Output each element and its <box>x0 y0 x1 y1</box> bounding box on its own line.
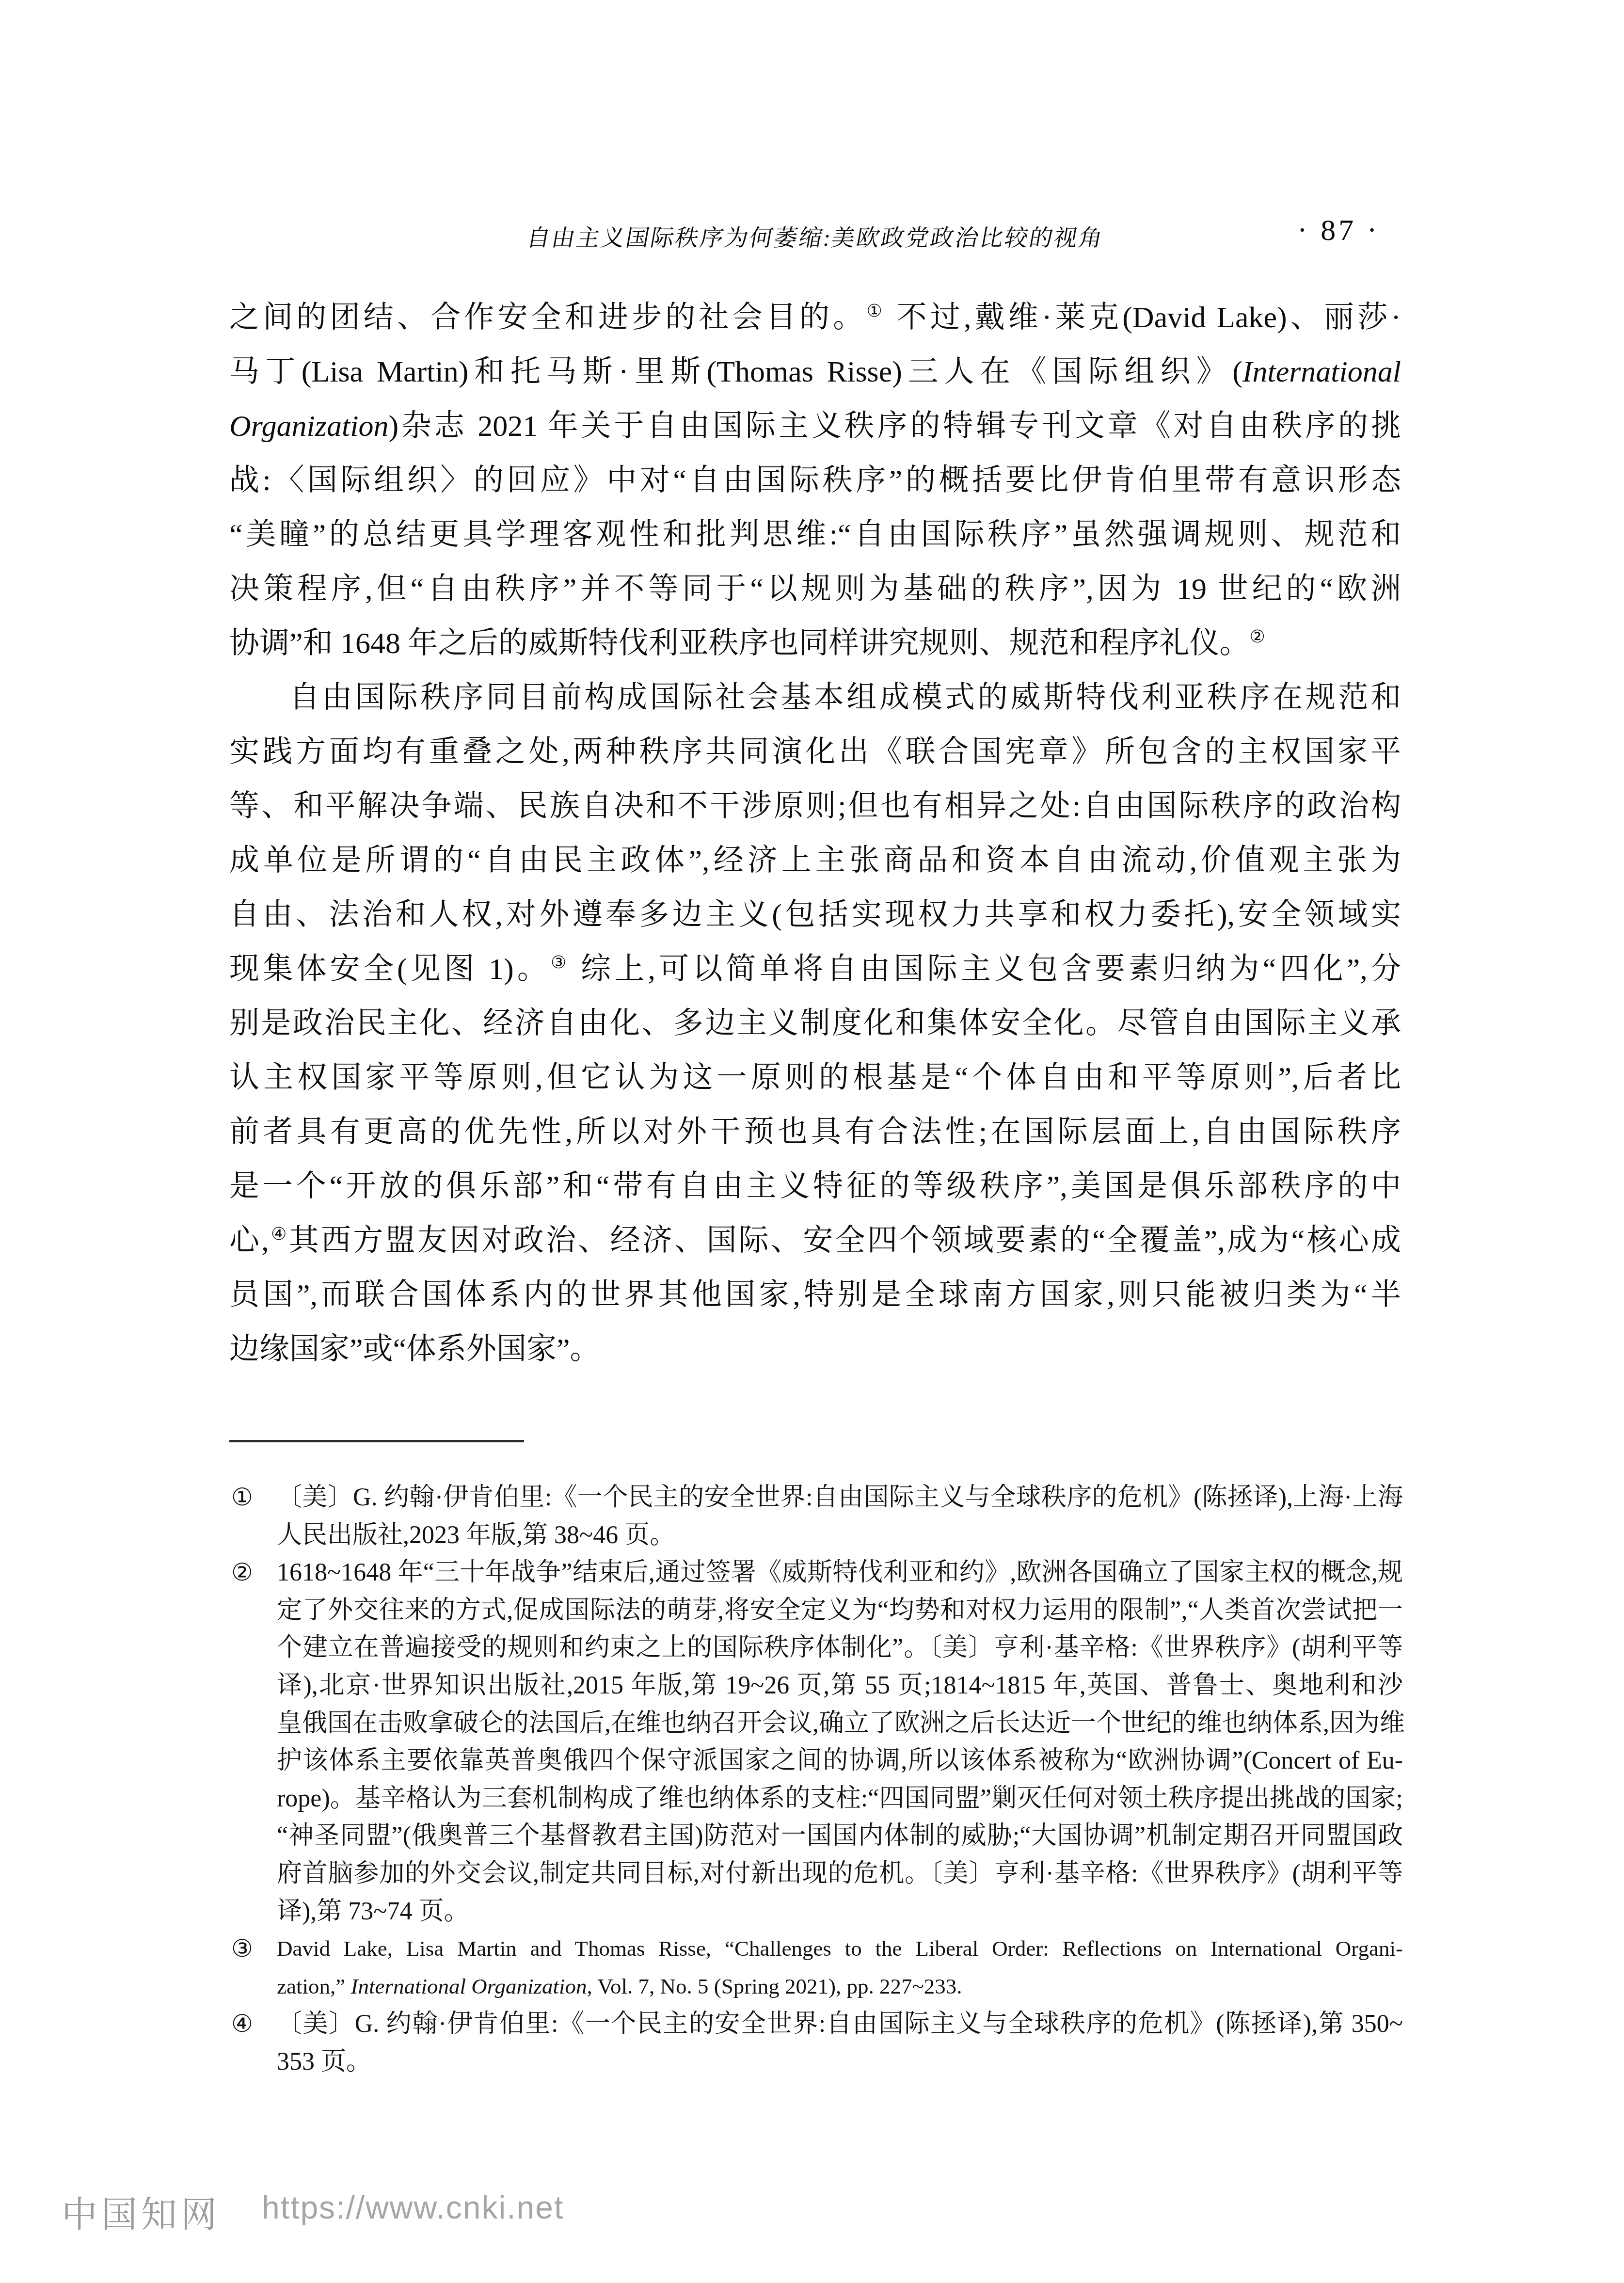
footnote-line: zation,” International Organization, Vol… <box>277 1968 1403 2006</box>
footnote-line: “神圣同盟”(俄奥普三个基督教君主国)防范对一国国内体制的威胁;“大国协调”机制… <box>277 1817 1403 1855</box>
body-line: 心,④其西方盟友因对政治、经济、国际、安全四个领域要素的“全覆盖”,成为“核心成 <box>229 1213 1401 1268</box>
body-text: 之间的团结、合作安全和进步的社会目的。① 不过,戴维·莱克(David Lake… <box>229 290 1401 1376</box>
text-segment: 1618~1648 年“三十年战争”结束后,通过签署《威斯特伐利亚和约》,欧洲各… <box>277 1559 1403 1586</box>
text-segment: 实践方面均有重叠之处,两种秩序共同演化出《联合国宪章》所包含的主权国家平 <box>229 735 1401 768</box>
text-segment: 决策程序,但“自由秩序”并不等同于“以规则为基础的秩序”,因为 19 世纪的“欧… <box>229 573 1401 606</box>
footnote-line: 译),北京·世界知识出版社,2015 年版,第 19~26 页,第 55 页;1… <box>277 1667 1403 1705</box>
text-segment: 人民出版社,2023 年版,第 38~46 页。 <box>277 1521 675 1549</box>
running-title: 自由主义国际秩序为何萎缩:美欧政党政治比较的视角 <box>525 219 1107 253</box>
text-segment: , Vol. 7, No. 5 (Spring 2021), pp. 227~2… <box>587 1974 962 1998</box>
footnote-line: ②1618~1648 年“三十年战争”结束后,通过签署《威斯特伐利亚和约》,欧洲… <box>277 1554 1403 1592</box>
cnki-logo: 中国知网 <box>62 2186 221 2237</box>
text-segment: 成单位是所谓的“自由民主政体”,经济上主张商品和资本自由流动,价值观主张为 <box>229 844 1401 877</box>
text-segment: 边缘国家”或“体系外国家”。 <box>229 1333 600 1366</box>
watermark-footer: 中国知网 https://www.cnki.net <box>0 2179 1624 2237</box>
text-segment: 现集体安全(见图 1)。 <box>229 953 551 986</box>
footnote-marker: ② <box>231 1554 277 1592</box>
text-segment: 不过,戴维·莱克(David Lake)、丽莎· <box>886 301 1401 334</box>
body-line: 员国”,而联合国体系内的世界其他国家,特别是全球南方国家,则只能被归类为“半 <box>229 1268 1401 1322</box>
footnote-line: ④〔美〕G. 约翰·伊肯伯里:《一个民主的安全世界:自由国际主义与全球秩序的危机… <box>277 2005 1403 2043</box>
footnotes: ①〔美〕G. 约翰·伊肯伯里:《一个民主的安全世界:自由国际主义与全球秩序的危机… <box>231 1479 1403 2081</box>
footnote-marker: ③ <box>231 1930 277 1968</box>
footnote-line: 护该体系主要依靠英普奥俄四个保守派国家之间的协调,所以该体系被称为“欧洲协调”(… <box>277 1742 1403 1780</box>
text-segment: “美瞳”的总结更具学理客观性和批判思维:“自由国际秩序”虽然强调规则、规范和 <box>229 518 1401 551</box>
body-line: 决策程序,但“自由秩序”并不等同于“以规则为基础的秩序”,因为 19 世纪的“欧… <box>229 562 1401 616</box>
text-segment: 等、和平解决争端、民族自决和不干涉原则;但也有相异之处:自由国际秩序的政治构 <box>229 790 1401 823</box>
cnki-url: https://www.cnki.net <box>262 2189 564 2226</box>
body-line: Organization)杂志 2021 年关于自由国际主义秩序的特辑专刊文章《… <box>229 399 1401 453</box>
body-line: 前者具有更高的优先性,所以对外干预也具有合法性;在国际层面上,自由国际秩序 <box>229 1105 1401 1159</box>
body-line: 自由、法治和人权,对外遵奉多边主义(包括实现权力共享和权力委托),安全领域实 <box>229 888 1401 942</box>
text-segment: zation,” <box>277 1974 350 1998</box>
text-segment: 是一个“开放的俱乐部”和“带有自由主义特征的等级秩序”,美国是俱乐部秩序的中 <box>229 1170 1401 1203</box>
footnote-marker: ① <box>231 1479 277 1517</box>
text-segment: 自由、法治和人权,对外遵奉多边主义(包括实现权力共享和权力委托),安全领域实 <box>229 898 1401 931</box>
text-segment: 心, <box>229 1224 269 1257</box>
body-line: “美瞳”的总结更具学理客观性和批判思维:“自由国际秩序”虽然强调规则、规范和 <box>229 508 1401 562</box>
body-line: 成单位是所谓的“自由民主政体”,经济上主张商品和资本自由流动,价值观主张为 <box>229 833 1401 888</box>
text-segment: David Lake, Lisa Martin and Thomas Risse… <box>277 1936 1403 1961</box>
footnote-ref: ① <box>866 301 885 320</box>
footnote-line: ③David Lake, Lisa Martin and Thomas Riss… <box>277 1930 1403 1968</box>
journal-page: 自由主义国际秩序为何萎缩:美欧政党政治比较的视角 · 87 · 之间的团结、合作… <box>0 0 1624 2283</box>
footnote-line: 353 页。 <box>277 2043 1403 2081</box>
text-segment: 员国”,而联合国体系内的世界其他国家,特别是全球南方国家,则只能被归类为“半 <box>229 1278 1401 1311</box>
text-segment: 译),北京·世界知识出版社,2015 年版,第 19~26 页,第 55 页;1… <box>277 1672 1403 1699</box>
italic-text: Organization <box>229 410 388 443</box>
footnote-line: 定了外交往来的方式,促成国际法的萌芽,将安全定义为“均势和对权力运用的限制”,“… <box>277 1592 1403 1629</box>
text-segment: 综上,可以简单将自由国际主义包含要素归纳为“四化”,分 <box>570 953 1401 986</box>
text-segment: 别是政治民主化、经济自由化、多边主义制度化和集体安全化。尽管自由国际主义承 <box>229 1007 1401 1040</box>
text-segment: 认主权国家平等原则,但它认为这一原则的根基是“个体自由和平等原则”,后者比 <box>229 1061 1401 1094</box>
body-line: 是一个“开放的俱乐部”和“带有自由主义特征的等级秩序”,美国是俱乐部秩序的中 <box>229 1159 1401 1213</box>
text-segment: 〔美〕G. 约翰·伊肯伯里:《一个民主的安全世界:自由国际主义与全球秩序的危机》… <box>277 2010 1403 2038</box>
footnote-ref: ③ <box>551 953 570 972</box>
footnote-line: rope)。基辛格认为三套机制构成了维也纳体系的支柱:“四国同盟”剿灭任何对领土… <box>277 1780 1403 1818</box>
text-segment: 马丁(Lisa Martin)和托马斯·里斯(Thomas Risse)三人在《… <box>229 355 1242 388</box>
body-line: 自由国际秩序同目前构成国际社会基本组成模式的威斯特伐利亚秩序在规范和 <box>229 671 1401 725</box>
body-line: 马丁(Lisa Martin)和托马斯·里斯(Thomas Risse)三人在《… <box>229 345 1401 399</box>
text-segment: 皇俄国在击败拿破仑的法国后,在维也纳召开会议,确立了欧洲之后长达近一个世纪的维也… <box>277 1709 1405 1737</box>
footnote-line: 译),第 73~74 页。 <box>277 1893 1403 1931</box>
footnote-marker: ④ <box>231 2005 277 2043</box>
text-segment: 自由国际秩序同目前构成国际社会基本组成模式的威斯特伐利亚秩序在规范和 <box>289 681 1401 714</box>
text-segment: rope)。基辛格认为三套机制构成了维也纳体系的支柱:“四国同盟”剿灭任何对领土… <box>277 1785 1403 1812</box>
text-segment: 府首脑参加的外交会议,制定共同目标,对付新出现的危机。〔美〕亨利·基辛格:《世界… <box>277 1860 1403 1887</box>
italic-text: International <box>1242 355 1401 388</box>
body-line: 实践方面均有重叠之处,两种秩序共同演化出《联合国宪章》所包含的主权国家平 <box>229 725 1401 779</box>
text-segment: 译),第 73~74 页。 <box>277 1898 469 1925</box>
footnote-line: ①〔美〕G. 约翰·伊肯伯里:《一个民主的安全世界:自由国际主义与全球秩序的危机… <box>277 1479 1403 1517</box>
footnote-ref: ② <box>1250 627 1265 646</box>
body-line: 战:〈国际组织〉的回应》中对“自由国际秩序”的概括要比伊肯伯里带有意识形态 <box>229 453 1401 508</box>
footnote-ref: ④ <box>269 1224 289 1244</box>
text-segment: 定了外交往来的方式,促成国际法的萌芽,将安全定义为“均势和对权力运用的限制”,“… <box>277 1597 1403 1624</box>
text-segment: )杂志 2021 年关于自由国际主义秩序的特辑专刊文章《对自由秩序的挑 <box>388 410 1401 443</box>
body-line: 现集体安全(见图 1)。③ 综上,可以简单将自由国际主义包含要素归纳为“四化”,… <box>229 942 1401 996</box>
page-number: · 87 · <box>1297 213 1380 248</box>
text-segment: 其西方盟友因对政治、经济、国际、安全四个领域要素的“全覆盖”,成为“核心成 <box>289 1224 1401 1257</box>
footnote-separator <box>229 1440 524 1442</box>
body-line: 边缘国家”或“体系外国家”。 <box>229 1322 1401 1376</box>
footnote-line: 个建立在普遍接受的规则和约束之上的国际秩序体制化”。〔美〕亨利·基辛格:《世界秩… <box>277 1629 1403 1667</box>
text-segment: 353 页。 <box>277 2048 371 2075</box>
italic-text: International Organization <box>350 1974 587 1998</box>
text-segment: 之间的团结、合作安全和进步的社会目的。 <box>229 301 866 334</box>
body-line: 协调”和 1648 年之后的威斯特伐利亚秩序也同样讲究规则、规范和程序礼仪。② <box>229 616 1401 671</box>
body-line: 等、和平解决争端、民族自决和不干涉原则;但也有相异之处:自由国际秩序的政治构 <box>229 779 1401 833</box>
text-segment: 〔美〕G. 约翰·伊肯伯里:《一个民主的安全世界:自由国际主义与全球秩序的危机》… <box>277 1484 1403 1511</box>
body-line: 认主权国家平等原则,但它认为这一原则的根基是“个体自由和平等原则”,后者比 <box>229 1051 1401 1105</box>
body-line: 别是政治民主化、经济自由化、多边主义制度化和集体安全化。尽管自由国际主义承 <box>229 996 1401 1051</box>
text-segment: 护该体系主要依靠英普奥俄四个保守派国家之间的协调,所以该体系被称为“欧洲协调”(… <box>277 1747 1403 1774</box>
text-segment: “神圣同盟”(俄奥普三个基督教君主国)防范对一国国内体制的威胁;“大国协调”机制… <box>277 1822 1403 1850</box>
footnote-line: 人民出版社,2023 年版,第 38~46 页。 <box>277 1517 1403 1554</box>
text-segment: 前者具有更高的优先性,所以对外干预也具有合法性;在国际层面上,自由国际秩序 <box>229 1116 1401 1149</box>
text-segment: 战:〈国际组织〉的回应》中对“自由国际秩序”的概括要比伊肯伯里带有意识形态 <box>229 464 1401 497</box>
footnote-line: 皇俄国在击败拿破仑的法国后,在维也纳召开会议,确立了欧洲之后长达近一个世纪的维也… <box>277 1705 1403 1742</box>
footnote-line: 府首脑参加的外交会议,制定共同目标,对付新出现的危机。〔美〕亨利·基辛格:《世界… <box>277 1855 1403 1893</box>
text-segment: 协调”和 1648 年之后的威斯特伐利亚秩序也同样讲究规则、规范和程序礼仪。 <box>229 627 1250 660</box>
body-line: 之间的团结、合作安全和进步的社会目的。① 不过,戴维·莱克(David Lake… <box>229 290 1401 345</box>
text-segment: 个建立在普遍接受的规则和约束之上的国际秩序体制化”。〔美〕亨利·基辛格:《世界秩… <box>277 1634 1403 1661</box>
